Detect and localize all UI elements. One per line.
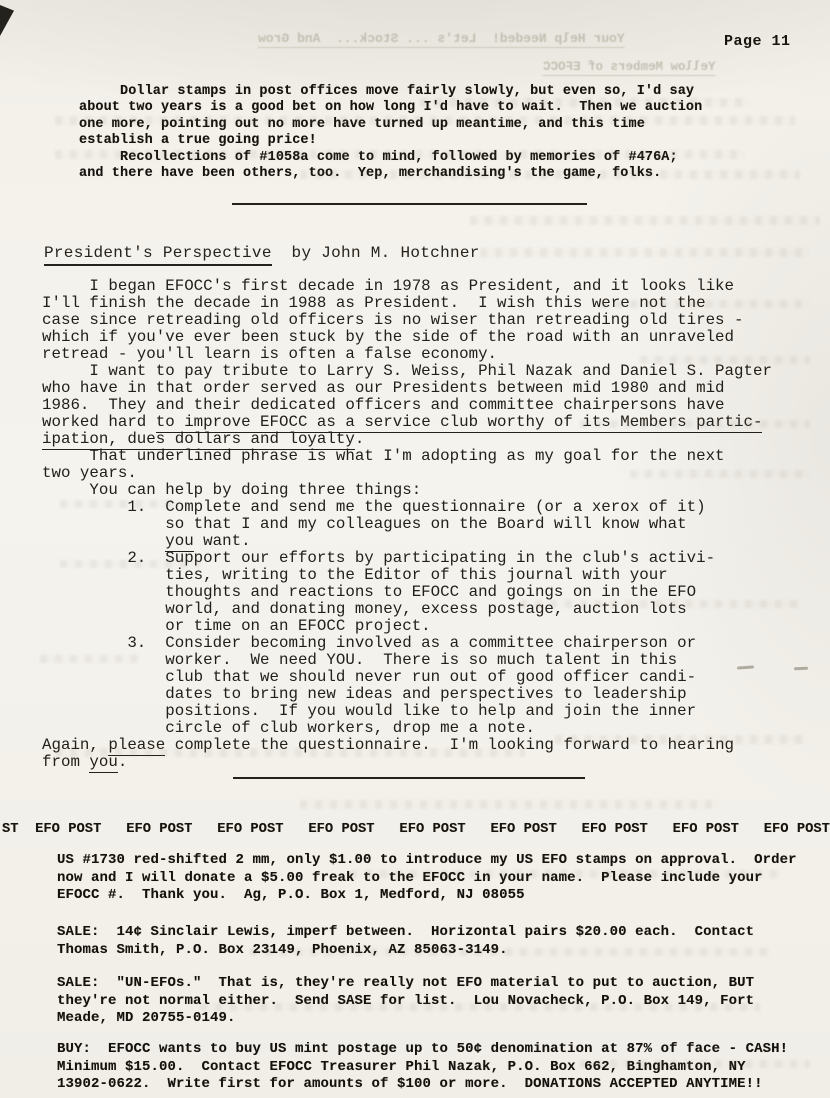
text-segment: SALE: "UN-EFOs." That is, they're really… xyxy=(57,975,754,991)
text-segment: Meade, MD 20755-0149. xyxy=(57,1010,236,1026)
text-segment: who have in that order served as our Pre… xyxy=(42,379,725,397)
divider-line xyxy=(232,203,587,205)
bleedthrough-smudge xyxy=(250,948,770,956)
text-segment: dates to bring new ideas and perspective… xyxy=(42,685,687,703)
text-line: establish a true going price! xyxy=(79,133,702,149)
article-body: I began EFOCC's first decade in 1978 as … xyxy=(42,278,772,771)
text-line: case since retreading old officers is no… xyxy=(42,312,772,329)
bleedthrough-smudge xyxy=(300,800,720,809)
text-line: 1986. They and their dedicated officers … xyxy=(42,397,772,414)
bleedthrough-smudge xyxy=(580,1060,810,1068)
text-line: positions. If you would like to help and… xyxy=(42,703,772,720)
bleedthrough-header-text: Your Help Needed! Let's ... Stock... And… xyxy=(258,31,625,48)
divider-line xyxy=(233,777,585,779)
text-segment: SALE: 14¢ Sinclair Lewis, imperf between… xyxy=(57,924,754,940)
text-segment: case since retreading old officers is no… xyxy=(42,311,744,329)
bleedthrough-smudge xyxy=(200,1003,760,1011)
text-line: who have in that order served as our Pre… xyxy=(42,380,772,397)
scan-artifact-corner xyxy=(0,5,14,36)
text-line: 13902-0622. Write first for amounts of $… xyxy=(57,1076,788,1094)
text-segment: worked hard xyxy=(42,413,156,431)
text-segment: want. xyxy=(194,532,251,550)
text-segment: 3. Consider becoming involved as a commi… xyxy=(42,634,696,652)
text-segment: You can help by doing three things: xyxy=(42,481,421,499)
bleedthrough-smudge xyxy=(420,98,750,107)
bleedthrough-smudge xyxy=(520,600,800,608)
text-segment: so that I and my colleagues on the Board… xyxy=(42,515,687,533)
text-segment: 13902-0622. Write first for amounts of $… xyxy=(57,1076,763,1092)
text-segment xyxy=(42,532,165,550)
text-segment: two years. xyxy=(42,464,137,482)
text-segment: thoughts and reactions to EFOCC and goin… xyxy=(42,583,696,601)
bleedthrough-smudge xyxy=(300,170,800,179)
bleedthrough-smudge xyxy=(60,560,200,568)
text-line: Meade, MD 20755-0149. xyxy=(57,1010,754,1028)
article-heading: President's Perspective by John M. Hotch… xyxy=(44,244,480,262)
text-line: I want to pay tribute to Larry S. Weiss,… xyxy=(42,363,772,380)
bleedthrough-smudge xyxy=(55,150,745,159)
bleedthrough-smudge xyxy=(55,116,795,125)
scanned-newsletter-page: Your Help Needed! Let's ... Stock... And… xyxy=(0,0,830,1098)
text-line: thoughts and reactions to EFOCC and goin… xyxy=(42,584,772,601)
text-segment: . xyxy=(355,430,364,448)
text-segment: or time on an EFOCC project. xyxy=(42,617,431,635)
text-segment: Dollar stamps in post offices move fairl… xyxy=(79,84,694,99)
ad-approval-offer: US #1730 red-shifted 2 mm, only $1.00 to… xyxy=(57,852,797,905)
efo-post-strip: ST EFO POST EFO POST EFO POST EFO POST E… xyxy=(2,822,830,837)
text-line: dates to bring new ideas and perspective… xyxy=(42,686,772,703)
text-segment: I began EFOCC's first decade in 1978 as … xyxy=(42,277,734,295)
bleedthrough-heading-text: Yellow Members of EFOCC xyxy=(543,60,716,76)
text-line: so that I and my colleagues on the Board… xyxy=(42,516,772,533)
bleedthrough-smudge xyxy=(580,420,810,428)
text-segment: That underlined phrase is what I'm adopt… xyxy=(42,447,725,465)
bleedthrough-smudge xyxy=(480,248,810,257)
text-segment: EFOCC #. Thank you. Ag, P.O. Box 1, Medf… xyxy=(57,887,525,903)
article-title: President's Perspective xyxy=(44,244,272,266)
text-line: club that we should never run out of goo… xyxy=(42,669,772,686)
page-number: Page 11 xyxy=(724,33,791,50)
bleedthrough-smudge xyxy=(470,216,820,225)
text-segment: positions. If you would like to help and… xyxy=(42,702,696,720)
bleedthrough-smudge xyxy=(60,500,180,508)
bleedthrough-smudge xyxy=(600,300,810,308)
text-line: or time on an EFOCC project. xyxy=(42,618,772,635)
ad-sale-un-efos: SALE: "UN-EFOs." That is, they're really… xyxy=(57,975,754,1028)
text-line: BUY: EFOCC wants to buy US mint postage … xyxy=(57,1041,788,1059)
bleedthrough-smudge xyxy=(555,735,805,744)
text-line: You can help by doing three things: xyxy=(42,482,772,499)
text-line: EFOCC #. Thank you. Ag, P.O. Box 1, Medf… xyxy=(57,887,797,905)
text-line: 3. Consider becoming involved as a commi… xyxy=(42,635,772,652)
text-segment: 1986. They and their dedicated officers … xyxy=(42,396,725,414)
text-segment: which if you've ever been stuck by the s… xyxy=(42,328,734,346)
text-segment: club that we should never run out of goo… xyxy=(42,668,696,686)
text-segment: circle of club workers, drop me a note. xyxy=(42,719,535,737)
text-segment: US #1730 red-shifted 2 mm, only $1.00 to… xyxy=(57,852,797,868)
scan-artifact-dash xyxy=(794,667,808,670)
bleedthrough-smudge xyxy=(40,655,140,663)
text-line: ipation, dues dollars and loyalty. xyxy=(42,431,772,448)
bleedthrough-smudge xyxy=(630,470,810,478)
text-segment: BUY: EFOCC wants to buy US mint postage … xyxy=(57,1041,788,1057)
article-byline: by John M. Hotchner xyxy=(272,244,480,262)
text-line: SALE: 14¢ Sinclair Lewis, imperf between… xyxy=(57,924,754,942)
text-line: ties, writing to the Editor of this jour… xyxy=(42,567,772,584)
text-line: US #1730 red-shifted 2 mm, only $1.00 to… xyxy=(57,852,797,870)
text-line: you want. xyxy=(42,533,772,550)
bleedthrough-smudge xyxy=(350,870,780,878)
text-segment: retread - you'll learn is often a false … xyxy=(42,345,497,363)
text-line: SALE: "UN-EFOs." That is, they're really… xyxy=(57,975,754,993)
bleedthrough-smudge xyxy=(55,748,525,757)
bleedthrough-smudge xyxy=(640,356,810,364)
text-segment: I want to pay tribute to Larry S. Weiss,… xyxy=(42,362,772,380)
text-line: That underlined phrase is what I'm adopt… xyxy=(42,448,772,465)
text-segment: ties, writing to the Editor of this jour… xyxy=(42,566,668,584)
text-line: worker. We need YOU. There is so much ta… xyxy=(42,652,772,669)
text-segment: establish a true going price! xyxy=(79,133,317,148)
text-line: I began EFOCC's first decade in 1978 as … xyxy=(42,278,772,295)
text-line: which if you've ever been stuck by the s… xyxy=(42,329,772,346)
